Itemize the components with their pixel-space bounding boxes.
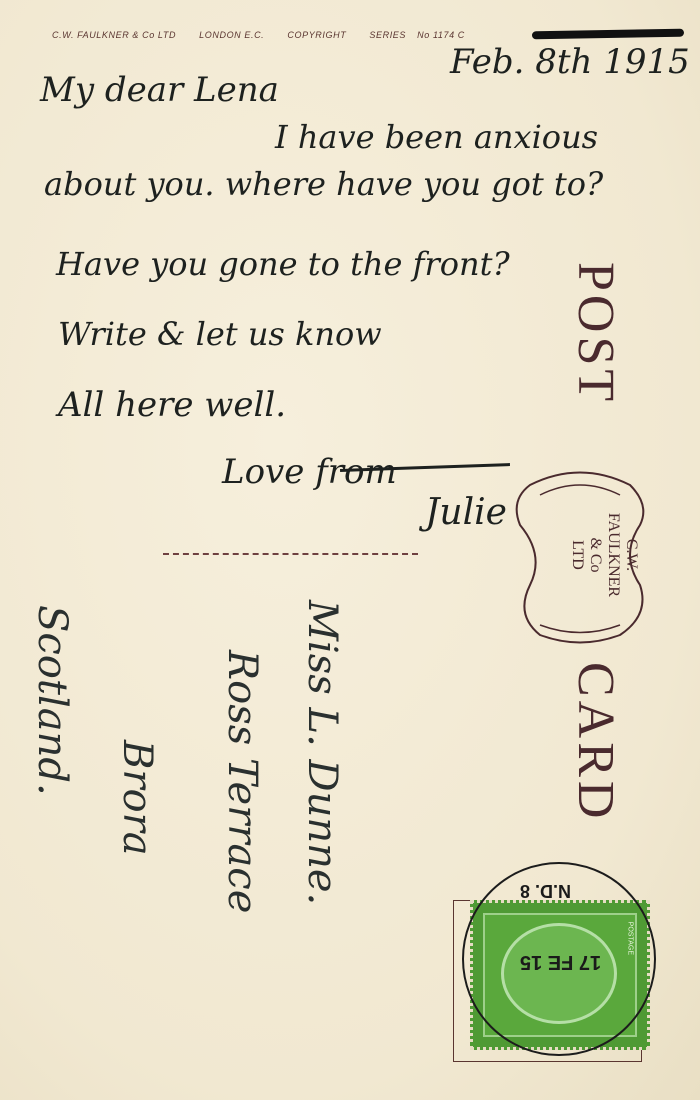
crest-text: C.W. FAULKNER & Co LTD	[568, 480, 640, 630]
address-line: Scotland.	[29, 605, 75, 796]
letter-line: I have been anxious	[275, 118, 598, 156]
letter-signature: Julie	[425, 492, 507, 533]
publisher-location: LONDON E.C.	[199, 30, 264, 40]
message-divider	[163, 553, 418, 555]
crest-line: C.W.	[622, 480, 640, 630]
crest-line: LTD	[568, 480, 586, 630]
postcard: C.W. FAULKNER & Co LTD LONDON E.C. COPYR…	[0, 0, 700, 1100]
copyright-label: COPYRIGHT	[287, 30, 346, 40]
series-label: SERIES	[369, 30, 406, 40]
postmark-top: N.D. 8	[520, 880, 571, 901]
crest-line: FAULKNER	[604, 480, 622, 630]
letter-line: Have you gone to the front?	[56, 245, 510, 283]
letter-line: about you. where have you got to?	[44, 165, 603, 203]
letter-date: Feb. 8th 1915	[450, 42, 690, 82]
crest-line: & Co	[586, 480, 604, 630]
address-line: Miss L. Dunne.	[299, 600, 345, 905]
card-heading: CARD	[566, 662, 625, 822]
struck-out-text	[532, 29, 684, 40]
letter-salutation: My dear Lena	[40, 70, 279, 110]
letter-closing: Love from	[222, 452, 397, 492]
address-line: Brora	[114, 740, 160, 856]
post-heading: POST	[566, 262, 625, 405]
series-number: No 1174 C	[417, 30, 465, 40]
letter-line: Write & let us know	[58, 315, 382, 353]
postmark-date: 17 FE 15	[520, 950, 601, 973]
letter-line: All here well.	[58, 385, 286, 425]
publisher-name: C.W. FAULKNER & Co LTD	[52, 30, 176, 40]
publisher-imprint: C.W. FAULKNER & Co LTD LONDON E.C. COPYR…	[52, 30, 485, 40]
address-line: Ross Terrace	[219, 650, 265, 913]
